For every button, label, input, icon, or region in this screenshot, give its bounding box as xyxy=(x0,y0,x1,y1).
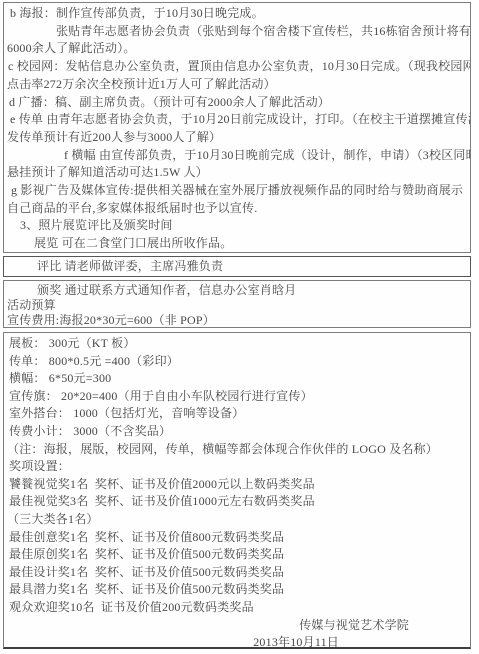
doc-line: 发传单预计有近200人参与3000人了解） xyxy=(4,129,470,147)
doc-line: e 传单 由青年志愿者协会负责，于10月20日前完成设计，打印。（在校主干道摆摊… xyxy=(4,111,470,129)
doc-line: 自己商品的平台,多家媒体报纸届时也予以宣传. xyxy=(4,200,470,218)
doc-line: 悬挂预计了解知道活动可达1.5W 人） xyxy=(4,164,470,182)
doc-line: 最佳视觉奖3名 奖杯、证书及价值1000元左右数码类奖品 xyxy=(4,493,470,511)
doc-line: d 广播：稿、副主席负责。（预计可有2000余人了解此活动） xyxy=(4,94,470,112)
section-review: 评比 请老师做评委，主席冯雅负责 xyxy=(3,256,471,277)
section-budget-awards: 展板： 300元（KT 板） 传单： 800*0.5元 =400（彩印） 横幅：… xyxy=(3,332,471,649)
doc-line: 活动预算 xyxy=(4,298,470,313)
doc-line: 宣传费用:海报20*30元=600（非 POP） xyxy=(4,313,470,328)
doc-line: g 影视广告及媒体宣传:提供相关器械在室外展厅播放视频作品的同时给与赞助商展示 xyxy=(4,182,470,200)
doc-line: 奖项设置： xyxy=(4,458,470,476)
doc-line: 室外搭台： 1000（包括灯光，音响等设备） xyxy=(4,405,470,423)
doc-line: 评比 请老师做评委，主席冯雅负责 xyxy=(4,257,470,276)
section-award-notification-budget: 颁奖 通过联系方式通知作者，信息办公室肖晗月 活动预算 宣传费用:海报20*30… xyxy=(3,280,471,328)
doc-line: 最佳创意奖1名 奖杯、证书及价值800元数码类奖品 xyxy=(4,529,470,547)
doc-line: （三大类各1名） xyxy=(4,511,470,529)
doc-line: 点击率272万余次全校预计近1万人可了解此活动） xyxy=(4,76,470,94)
doc-line: 颁奖 通过联系方式通知作者，信息办公室肖晗月 xyxy=(4,283,470,298)
scanned-document-page: b 海报：制作宣传部负责，于10月30日晚完成。 张贴青年志愿者协会负责（张贴到… xyxy=(0,0,479,654)
doc-line: b 海报：制作宣传部负责，于10月30日晚完成。 xyxy=(4,5,470,23)
doc-line: 最佳原创奖1名 奖杯、证书及价值500元数码类奖品 xyxy=(4,546,470,564)
doc-line: 3、照片展览评比及颁奖时间 xyxy=(4,217,470,235)
signature-date: 2013年10月11日 xyxy=(4,634,470,649)
doc-line: 横幅： 6*50元=300 xyxy=(4,370,470,388)
doc-line: （注：海报，展版，校园网，传单，横幅等都会体现合作伙伴的 LOGO 及名称） xyxy=(4,441,470,459)
doc-line: 传单： 800*0.5元 =400（彩印） xyxy=(4,353,470,371)
doc-line: 展板： 300元（KT 板） xyxy=(4,335,470,353)
section-publicity-methods: b 海报：制作宣传部负责，于10月30日晚完成。 张贴青年志愿者协会负责（张贴到… xyxy=(3,2,471,253)
doc-line: 传费小计： 3000（不含奖品） xyxy=(4,423,470,441)
doc-line: c 校园网：发帖信息办公室负责，置顶由信息办公室负责，10月30日完成。（现我校… xyxy=(4,58,470,76)
signature-org: 传媒与视觉艺术学院 xyxy=(4,617,470,635)
doc-line: 6000余人了解此活动）。 xyxy=(4,40,470,58)
doc-line: 最具潜力奖1名 奖杯、证书及价值500元数码类奖品 xyxy=(4,581,470,599)
doc-line: 展览 可在二食堂门口展出所收作品。 xyxy=(4,235,470,253)
doc-line: 饕餮视觉奖1名 奖杯、证书及价值2000元以上数码类奖品 xyxy=(4,476,470,494)
doc-line: 最佳设计奖1名 奖杯、证书及价值500元数码类奖品 xyxy=(4,564,470,582)
doc-line: 观众欢迎奖10名 证书及价值200元数码类奖品 xyxy=(4,599,470,617)
doc-line: f 横幅 由宣传部负责，于10月30日晚前完成（设计，制作，申请）（3校区同时 xyxy=(4,147,470,165)
doc-line: 宣传旗： 20*20=400（用于自由小车队校园行进行宣传） xyxy=(4,388,470,406)
doc-line: 张贴青年志愿者协会负责（张贴到每个宿舍楼下宣传栏，共16栋宿舍预计将有 xyxy=(4,23,470,41)
